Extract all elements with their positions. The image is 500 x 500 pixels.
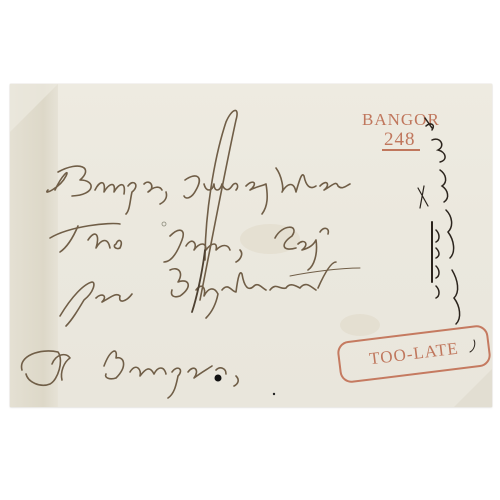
- handwriting-strokes: [0, 0, 500, 500]
- punch-hole: [215, 375, 222, 382]
